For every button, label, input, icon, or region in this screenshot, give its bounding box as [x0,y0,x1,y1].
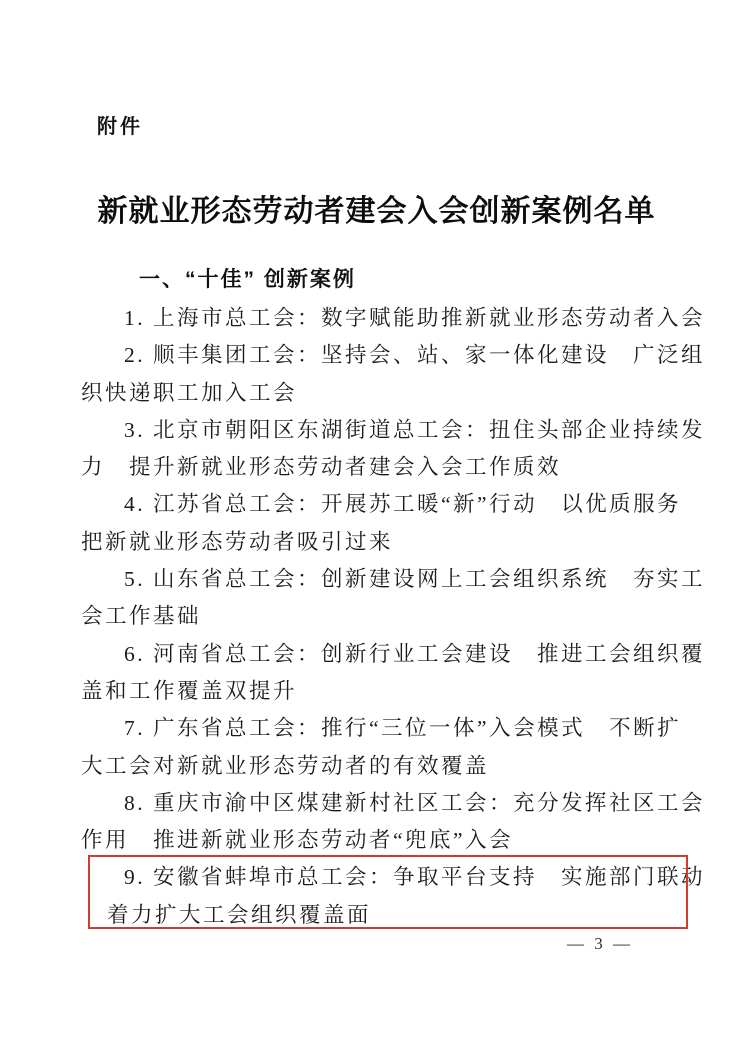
list-item-line: 作用 推进新就业形态劳动者“兜底”入会 [81,822,681,859]
list-item-line: 6. 河南省总工会：创新行业工会建设 推进工会组织覆 [81,636,681,673]
list-item-line: 1. 上海市总工会：数字赋能助推新就业形态劳动者入会 [81,300,681,337]
section-heading: 一、“十佳” 创新案例 [139,263,356,293]
list-item-line: 盖和工作覆盖双提升 [81,673,681,710]
highlight-box [88,855,688,929]
list-item-line: 会工作基础 [81,598,681,635]
page-number: — 3 — [550,934,650,954]
list-item-line: 5. 山东省总工会：创新建设网上工会组织系统 夯实工 [81,561,681,598]
list-item-line: 大工会对新就业形态劳动者的有效覆盖 [81,748,681,785]
list-item-line: 3. 北京市朝阳区东湖街道总工会：扭住头部企业持续发 [81,412,681,449]
list-item-line: 力 提升新就业形态劳动者建会入会工作质效 [81,449,681,486]
list-item-line: 8. 重庆市渝中区煤建新村社区工会：充分发挥社区工会 [81,785,681,822]
list-item-line: 4. 江苏省总工会：开展苏工暖“新”行动 以优质服务 [81,486,681,523]
list-item-line: 把新就业形态劳动者吸引过来 [81,524,681,561]
document-page: 附件 新就业形态劳动者建会入会创新案例名单 一、“十佳” 创新案例 1. 上海市… [0,0,753,1039]
list-item-line: 7. 广东省总工会：推行“三位一体”入会模式 不断扩 [81,710,681,747]
attachment-label: 附件 [97,110,143,139]
document-title: 新就业形态劳动者建会入会创新案例名单 [0,186,753,230]
list-item-line: 2. 顺丰集团工会：坚持会、站、家一体化建设 广泛组 [81,337,681,374]
case-list: 1. 上海市总工会：数字赋能助推新就业形态劳动者入会2. 顺丰集团工会：坚持会、… [81,300,681,934]
list-item-line: 织快递职工加入工会 [81,375,681,412]
